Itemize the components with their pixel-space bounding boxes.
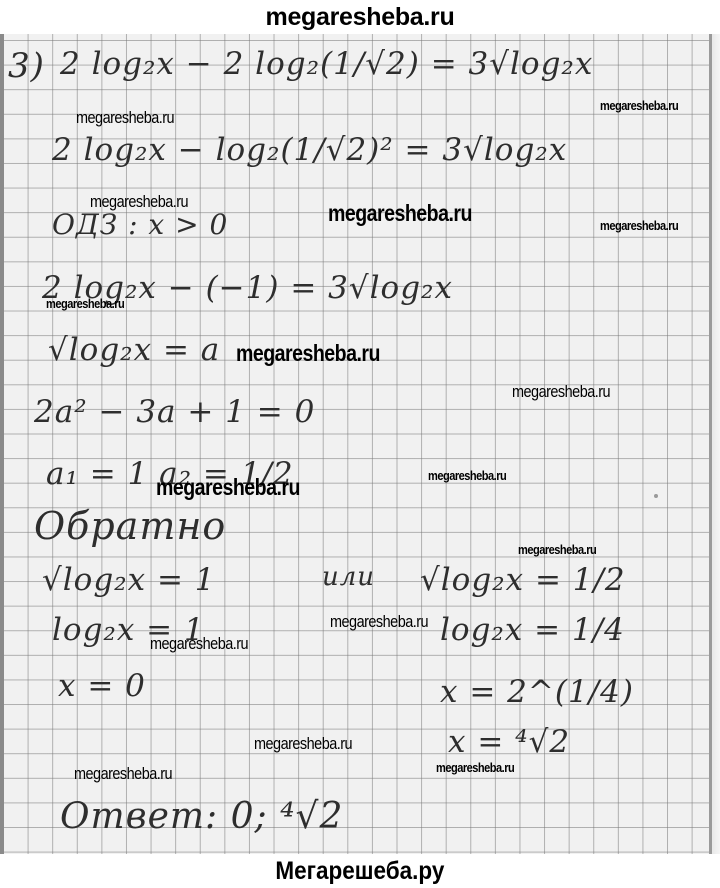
line-case2-log: log₂x = 1/4	[440, 612, 625, 648]
line-case1-x: x = 0	[58, 668, 146, 704]
page-left-edge	[0, 34, 4, 854]
watermark: megaresheba.ru	[156, 474, 300, 501]
watermark: megaresheba.ru	[236, 340, 380, 367]
line-quadratic: 2a² − 3a + 1 = 0	[34, 394, 315, 430]
watermark: megaresheba.ru	[76, 108, 174, 128]
site-footer: Мегарешеба.ру	[0, 854, 720, 888]
watermark: megaresheba.ru	[428, 468, 506, 483]
line-case2-root-x: x = ⁴√2	[448, 724, 570, 760]
watermark: megaresheba.ru	[150, 634, 248, 654]
watermark: megaresheba.ru	[328, 200, 472, 227]
site-name: megaresheba.ru	[266, 3, 455, 31]
watermark: megaresheba.ru	[436, 760, 514, 775]
line-equation: 2 log₂x − 2 log₂(1/√2) = 3√log₂x	[60, 46, 593, 82]
line-or: или	[322, 562, 375, 592]
watermark: megaresheba.ru	[600, 98, 678, 113]
site-header: megaresheba.ru	[0, 0, 720, 34]
watermark: megaresheba.ru	[518, 542, 596, 557]
site-name-cyrillic: Мегарешеба.ру	[275, 854, 444, 888]
page-right-shade	[712, 34, 720, 854]
line-substitution: √log₂x = a	[48, 332, 220, 368]
line-case2-root: √log₂x = 1/2	[420, 562, 626, 598]
watermark: megaresheba.ru	[46, 296, 124, 311]
line-case2-pow: x = 2^(1/4)	[440, 674, 634, 710]
line-reverse-label: Обратно	[34, 504, 226, 548]
watermark: megaresheba.ru	[90, 192, 188, 212]
problem-number: 3)	[8, 46, 45, 86]
watermark: megaresheba.ru	[254, 734, 352, 754]
line-answer: Ответ: 0; ⁴√2	[60, 796, 343, 837]
watermark: megaresheba.ru	[512, 382, 610, 402]
watermark: megaresheba.ru	[74, 764, 172, 784]
line-domain: ОДЗ : x > 0	[52, 208, 228, 241]
line-rewrite: 2 log₂x − log₂(1/√2)² = 3√log₂x	[52, 132, 567, 168]
notebook-page: 3) 2 log₂x − 2 log₂(1/√2) = 3√log₂x 2 lo…	[0, 34, 720, 854]
watermark: megaresheba.ru	[330, 612, 428, 632]
line-case1-root: √log₂x = 1	[42, 562, 216, 598]
paper-speck	[654, 494, 658, 498]
watermark: megaresheba.ru	[600, 218, 678, 233]
